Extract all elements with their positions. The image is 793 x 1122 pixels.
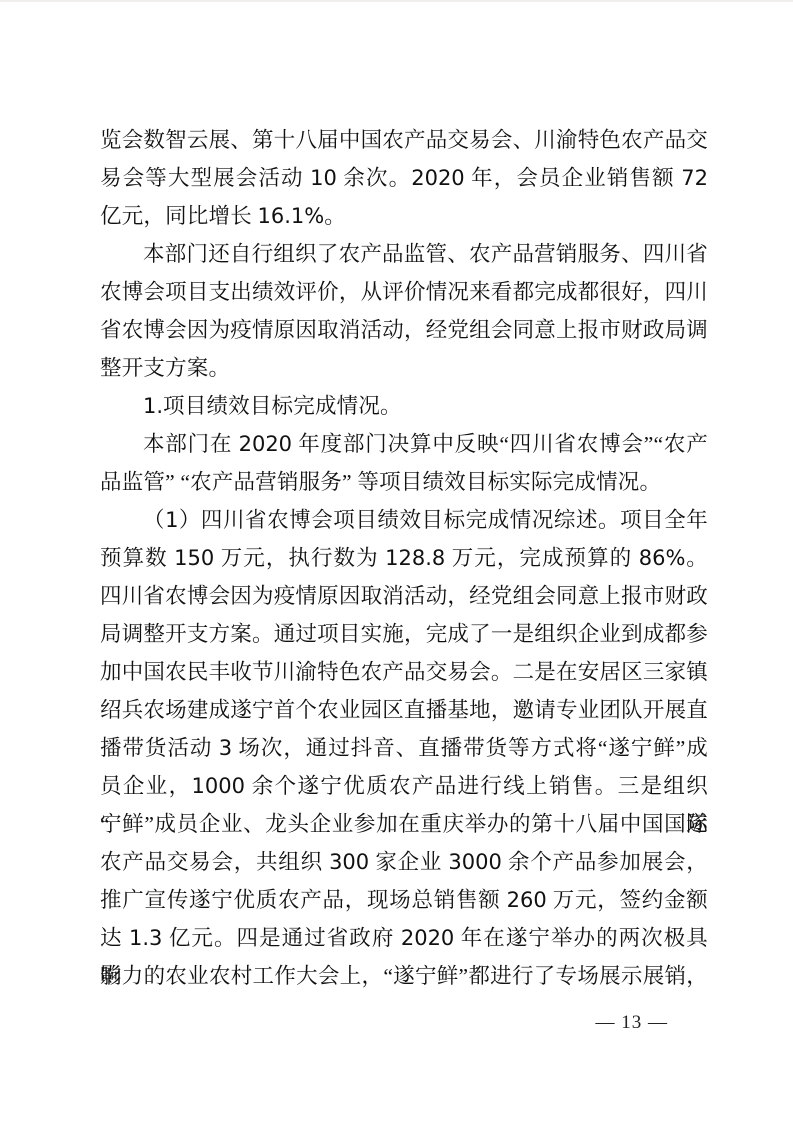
numeric-text: 72 — [681, 166, 708, 190]
text-line: 宁鲜”成员企业、龙头企业参加在重庆举办的第十八届中国国际 — [100, 805, 708, 843]
numeric-text: 3000 — [448, 850, 501, 874]
numeric-text: 16.1% — [257, 204, 324, 228]
numeric-text: 128.8 — [385, 546, 445, 570]
text-line: 绍兵农场建成遂宁首个农业园区直播基地，邀请专业团队开展直 — [100, 691, 708, 729]
text-line: 播带货活动 3 场次，通过抖音、直播带货等方式将“遂宁鲜”成 — [100, 729, 708, 767]
numeric-text: 2020 — [239, 432, 292, 456]
text-line: 预算数 150 万元，执行数为 128.8 万元，完成预算的 86%。 — [100, 539, 708, 577]
numeric-text: 1.3 — [129, 926, 162, 950]
paragraph: 览会数智云展、第十八届中国农产品交易会、川渝特色农产品交易会等大型展会活动 10… — [100, 121, 708, 235]
text-line: （1）四川省农博会项目绩效目标完成情况综述。项目全年 — [100, 501, 708, 539]
scan-edge-artifact — [0, 0, 793, 2]
text-line: 加中国农民丰收节川渝特色农产品交易会。二是在安居区三家镇 — [100, 653, 708, 691]
text-line: 响力的农业农村工作大会上，“遂宁鲜”都进行了专场展示展销， — [100, 957, 708, 995]
text-line: 四川省农博会因为疫情原因取消活动，经党组会同意上报市财政 — [100, 577, 708, 615]
document-body: 览会数智云展、第十八届中国农产品交易会、川渝特色农产品交易会等大型展会活动 10… — [100, 121, 708, 995]
paragraph: 本部门在 2020 年度部门决算中反映“四川省农博会”“农产品监管” “农产品营… — [100, 425, 708, 501]
text-line: 亿元，同比增长 16.1%。 — [100, 197, 708, 235]
text-line: 省农博会因为疫情原因取消活动，经党组会同意上报市财政局调 — [100, 311, 708, 349]
numeric-text: 300 — [329, 850, 369, 874]
text-line: 整开支方案。 — [100, 349, 708, 387]
text-line: 员企业，1000 余个遂宁优质农产品进行线上销售。三是组织“遂 — [100, 767, 708, 805]
numeric-text: 86% — [639, 546, 686, 570]
paragraph: 本部门还自行组织了农产品监管、农产品营销服务、四川省农博会项目支出绩效评价，从评… — [100, 235, 708, 387]
numeric-text: 2020 — [411, 166, 464, 190]
text-line: 易会等大型展会活动 10 余次。2020 年，会员企业销售额 72 — [100, 159, 708, 197]
text-line: 览会数智云展、第十八届中国农产品交易会、川渝特色农产品交 — [100, 121, 708, 159]
text-line: 本部门在 2020 年度部门决算中反映“四川省农博会”“农产 — [100, 425, 708, 463]
numeric-text: 1 — [165, 508, 178, 532]
text-line: 推广宣传遂宁优质农产品，现场总销售额 260 万元，签约金额 — [100, 881, 708, 919]
numeric-text: 10 — [310, 166, 337, 190]
numeric-text: 1000 — [192, 774, 245, 798]
text-line: 农博会项目支出绩效评价，从评价情况来看都完成都很好，四川 — [100, 273, 708, 311]
text-line: 局调整开支方案。通过项目实施，完成了一是组织企业到成都参 — [100, 615, 708, 653]
numeric-text: 1. — [143, 394, 163, 418]
numeric-text: 3 — [219, 736, 232, 760]
numeric-text: 260 — [507, 888, 547, 912]
numeric-text: 150 — [174, 546, 214, 570]
paragraph: （1）四川省农博会项目绩效目标完成情况综述。项目全年预算数 150 万元，执行数… — [100, 501, 708, 995]
numeric-text: 2020 — [401, 926, 454, 950]
text-line: 1.项目绩效目标完成情况。 — [100, 387, 708, 425]
text-line: 本部门还自行组织了农产品监管、农产品营销服务、四川省 — [100, 235, 708, 273]
document-page: 览会数智云展、第十八届中国农产品交易会、川渝特色农产品交易会等大型展会活动 10… — [0, 0, 793, 1122]
text-line: 农产品交易会，共组织 300 家企业 3000 余个产品参加展会， — [100, 843, 708, 881]
text-line: 达 1.3 亿元。四是通过省政府 2020 年在遂宁举办的两次极具影 — [100, 919, 708, 957]
paragraph: 1.项目绩效目标完成情况。 — [100, 387, 708, 425]
page-number: — 13 — — [596, 1010, 669, 1036]
text-line: 品监管” “农产品营销服务” 等项目绩效目标实际完成情况。 — [100, 463, 708, 501]
